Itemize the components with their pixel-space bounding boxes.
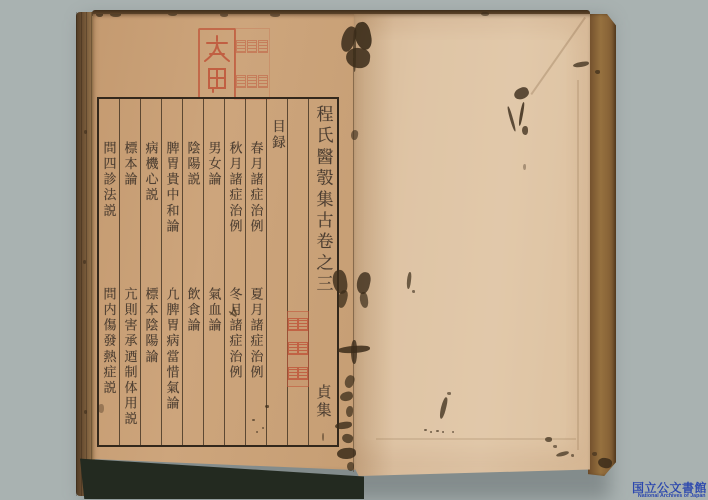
toc-column: 陰陽説 飲食論 <box>182 99 203 445</box>
toc-column: 秋月諸症治例 冬月諸症治例 <box>224 99 245 445</box>
worm-stain <box>347 462 354 471</box>
ink-dot <box>452 431 454 433</box>
toc-column: 脾胃貴中和論 凢脾胃病當惜氣論 <box>161 99 182 445</box>
toc-entry-bottom: 亢則害承迺制体用説 <box>121 287 140 427</box>
seal-character-block <box>247 40 257 53</box>
right-page <box>354 14 590 476</box>
toc-column: 春月諸症治例 夏月諸症治例 <box>245 99 266 445</box>
worm-stain <box>481 12 489 16</box>
toc-entry-top: 問四診法説 <box>100 141 119 219</box>
gutter-shading <box>354 14 394 476</box>
ink-dot <box>442 431 444 433</box>
stitch-hole <box>84 410 87 414</box>
back-cover-fore-edge <box>588 14 616 476</box>
worm-stain <box>522 126 528 135</box>
open-book: 程氏醫彀集古卷之三 貞集 目録 <box>76 10 616 498</box>
seal-glyphs <box>200 30 234 97</box>
vertical-crease <box>577 80 579 450</box>
toc-column: 男女論 氣血論 <box>203 99 224 445</box>
leaf-number-smudge <box>98 404 104 413</box>
archive-photo-scene: 程氏醫彀集古卷之三 貞集 目録 <box>0 0 708 500</box>
toc-entry-top: 男女論 <box>205 141 224 188</box>
library-seal-bordered <box>198 28 236 99</box>
toc-column-title: 程氏醫彀集古卷之三 貞集 <box>308 99 337 445</box>
seal-character-block <box>247 75 257 88</box>
stitch-hole <box>83 260 86 264</box>
toc-column-seal <box>287 99 308 445</box>
worm-stain <box>447 392 451 395</box>
toc-column-heading: 目録 <box>266 99 287 445</box>
toc-column: 病機心説 標本陰陽論 <box>140 99 161 445</box>
toc-entry-bottom: 標本陰陽論 <box>142 287 161 365</box>
seal-character-block <box>288 318 298 331</box>
seal-character-block <box>236 40 246 53</box>
worm-stain <box>592 452 597 456</box>
toc-entry-top: 春月諸症治例 <box>247 141 266 235</box>
owner-seal <box>287 311 309 387</box>
toc-entry-top: 病機心説 <box>142 141 161 203</box>
toc-entry-top: 脾胃貴中和論 <box>163 141 182 235</box>
seal-character-block <box>298 367 308 380</box>
toc-heading: 目録 <box>267 119 287 151</box>
left-page: 程氏醫彀集古卷之三 貞集 目録 <box>93 14 355 470</box>
toc-entry-top: 陰陽説 <box>184 141 203 188</box>
stitch-hole <box>84 130 87 134</box>
seal-character-block <box>288 342 298 355</box>
ink-dot <box>262 427 264 429</box>
toc-entry-bottom: 冬月諸症治例 <box>226 287 245 381</box>
ink-dot <box>436 430 439 432</box>
credit-english: National Archives of Japan <box>633 494 705 500</box>
ink-dot <box>256 431 258 433</box>
ink-dot <box>424 429 427 431</box>
ink-dot <box>430 431 432 433</box>
toc-column: 標本論 亢則害承迺制体用説 <box>119 99 140 445</box>
toc-entry-bottom: 問内傷發熱症説 <box>100 287 119 396</box>
worm-stain <box>523 164 526 170</box>
toc-table: 程氏醫彀集古卷之三 貞集 目録 <box>97 97 339 447</box>
toc-entry-top: 秋月諸症治例 <box>226 141 245 235</box>
worm-stain <box>351 340 357 364</box>
toc-entry-bottom: 飲食論 <box>184 287 203 334</box>
toc-entry-bottom: 夏月諸症治例 <box>247 287 266 381</box>
seal-character-block <box>236 75 246 88</box>
volume-title: 程氏醫彀集古卷之三 <box>311 105 336 296</box>
seal-character-block <box>258 75 268 88</box>
ink-dot <box>571 454 574 457</box>
library-seal-faint <box>234 28 270 100</box>
ink-mark <box>322 433 324 441</box>
toc-entry-top: 標本論 <box>121 141 140 188</box>
archive-credit: 国立公文書館 National Archives of Japan <box>632 482 707 500</box>
worm-stain <box>353 30 356 72</box>
seal-character-block <box>288 367 298 380</box>
ink-dot <box>252 419 255 421</box>
toc-column: 問四診法説 問内傷發熱症説 <box>99 99 119 445</box>
ink-dot <box>265 405 269 408</box>
worm-stain <box>553 445 557 448</box>
worm-stain <box>545 437 552 442</box>
worm-stain <box>595 70 600 74</box>
seal-character-block <box>258 40 268 53</box>
worm-stain <box>412 290 415 293</box>
collection-label: 貞集 <box>313 384 334 420</box>
seal-character-block <box>298 342 308 355</box>
toc-entry-bottom: 氣血論 <box>205 287 224 334</box>
seal-character-block <box>298 318 308 331</box>
paper-impression-panel <box>364 40 566 440</box>
toc-entry-bottom: 凢脾胃病當惜氣論 <box>163 287 182 412</box>
